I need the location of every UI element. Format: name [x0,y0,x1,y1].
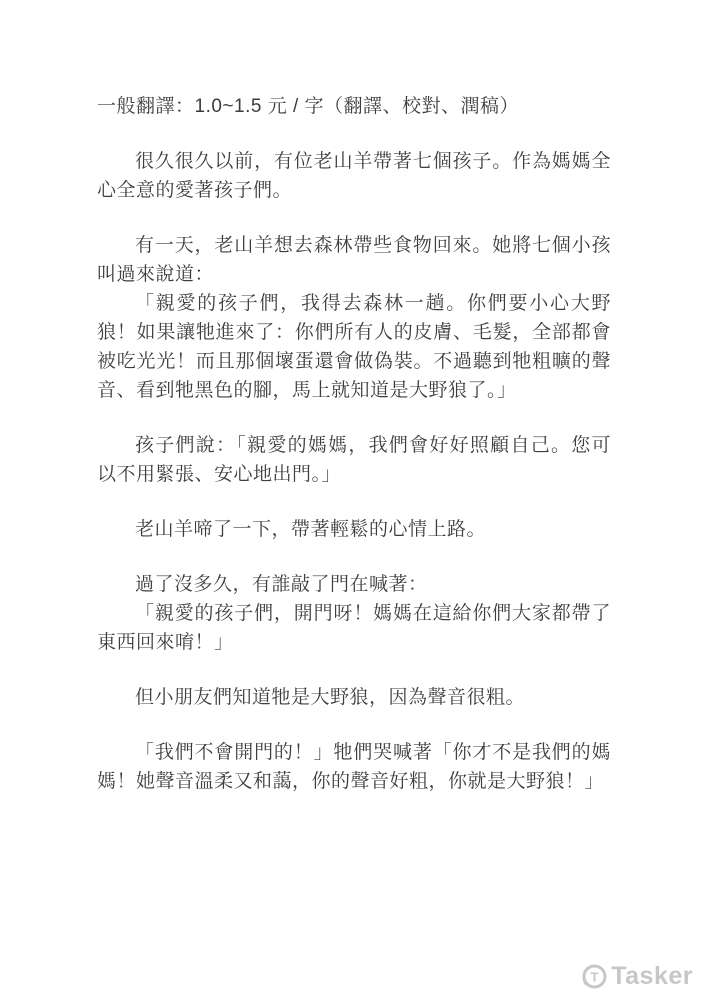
story-paragraph: 很久很久以前，有位老山羊帶著七個孩子。作為媽媽全心全意的愛著孩子們。 [97,147,611,205]
story-text: 一般翻譯：1.0~1.5 元 / 字（翻譯、校對、潤稿） 很久很久以前，有位老山… [97,92,611,796]
story-paragraph-quote: 「親愛的孩子們，我得去森林一趟。你們要小心大野狼！如果讓牠進來了：你們所有人的皮… [97,289,611,405]
story-paragraph: 過了沒多久，有誰敲了門在喊著： [97,570,611,599]
translation-rate-heading: 一般翻譯：1.0~1.5 元 / 字（翻譯、校對、潤稿） [97,92,611,121]
story-paragraph: 孩子們說：「親愛的媽媽，我們會好好照顧自己。您可以不用緊張、安心地出門。」 [97,431,611,489]
watermark-brand-text: Tasker [611,963,693,990]
story-paragraph: 老山羊啼了一下，帶著輕鬆的心情上路。 [97,515,611,544]
story-paragraph-quote: 「我們不會開門的！」牠們哭喊著「你才不是我們的媽媽！她聲音溫柔又和藹，你的聲音好… [97,738,611,796]
story-paragraph-quote: 「親愛的孩子們，開門呀！媽媽在這給你們大家都帶了東西回來唷！」 [97,599,611,657]
circled-t-logo-icon: T [581,963,608,990]
story-paragraph: 有一天，老山羊想去森林帶些食物回來。她將七個小孩叫過來說道： [97,231,611,289]
story-paragraph: 但小朋友們知道牠是大野狼，因為聲音很粗。 [97,683,611,712]
svg-text:T: T [591,970,599,985]
document-page: 一般翻譯：1.0~1.5 元 / 字（翻譯、校對、潤稿） 很久很久以前，有位老山… [0,0,707,1000]
tasker-watermark: T Tasker [581,963,693,990]
